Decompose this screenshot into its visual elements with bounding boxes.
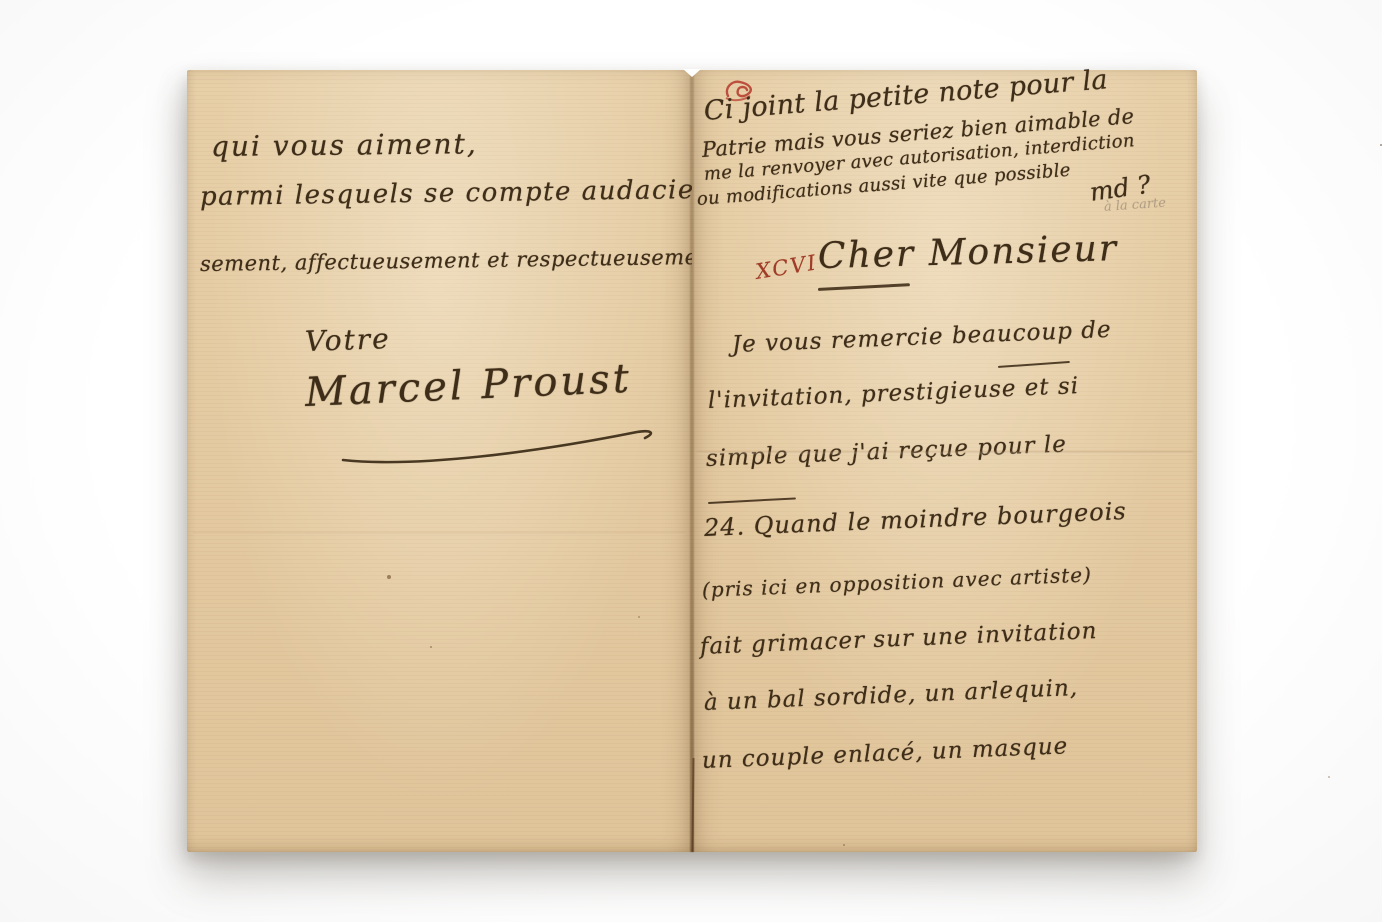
- body-line: à un bal sordide, un arlequin,: [703, 675, 1078, 716]
- signature-flourish: [337, 422, 667, 468]
- center-fold: [690, 70, 694, 852]
- closing-word: Votre: [304, 322, 391, 358]
- body-line: fait grimacer sur une invitation: [699, 618, 1097, 660]
- letter-photograph: qui vous aiment, parmi lesquels se compt…: [0, 0, 1382, 922]
- left-page: qui vous aiment, parmi lesquels se compt…: [187, 70, 692, 852]
- fold-notch: [683, 69, 701, 77]
- right-page: Ci joint la petite note pour la Patrie m…: [692, 70, 1197, 852]
- catalog-number: XCVI: [754, 250, 819, 283]
- word-underline: [708, 497, 796, 504]
- body-line: 24. Quand le moindre bourgeois: [703, 497, 1127, 542]
- foxing-spots: [387, 575, 391, 579]
- salutation-underline: [818, 283, 910, 291]
- pencil-annotation: à la carte: [1103, 196, 1166, 215]
- salutation: Cher Monsieur: [817, 228, 1118, 277]
- fold-crease: [193, 532, 685, 535]
- handwritten-line: parmi lesquels se compte audacieu-: [200, 175, 724, 212]
- body-line: un couple enlacé, un masque: [701, 733, 1068, 774]
- word-underline: [998, 361, 1070, 368]
- fold-crease: [697, 451, 1193, 454]
- body-line: l'invitation, prestigieuse et si: [707, 373, 1079, 414]
- signature: Marcel Proust: [304, 356, 633, 416]
- handwritten-line: qui vous aiment,: [211, 127, 478, 163]
- letter-spread: qui vous aiment, parmi lesquels se compt…: [187, 70, 1197, 852]
- handwritten-line: sement, affectueusement et respectueusem…: [200, 245, 721, 276]
- body-line: (pris ici en opposition avec artiste): [702, 562, 1093, 602]
- body-line: Je vous remercie beaucoup de: [731, 317, 1112, 358]
